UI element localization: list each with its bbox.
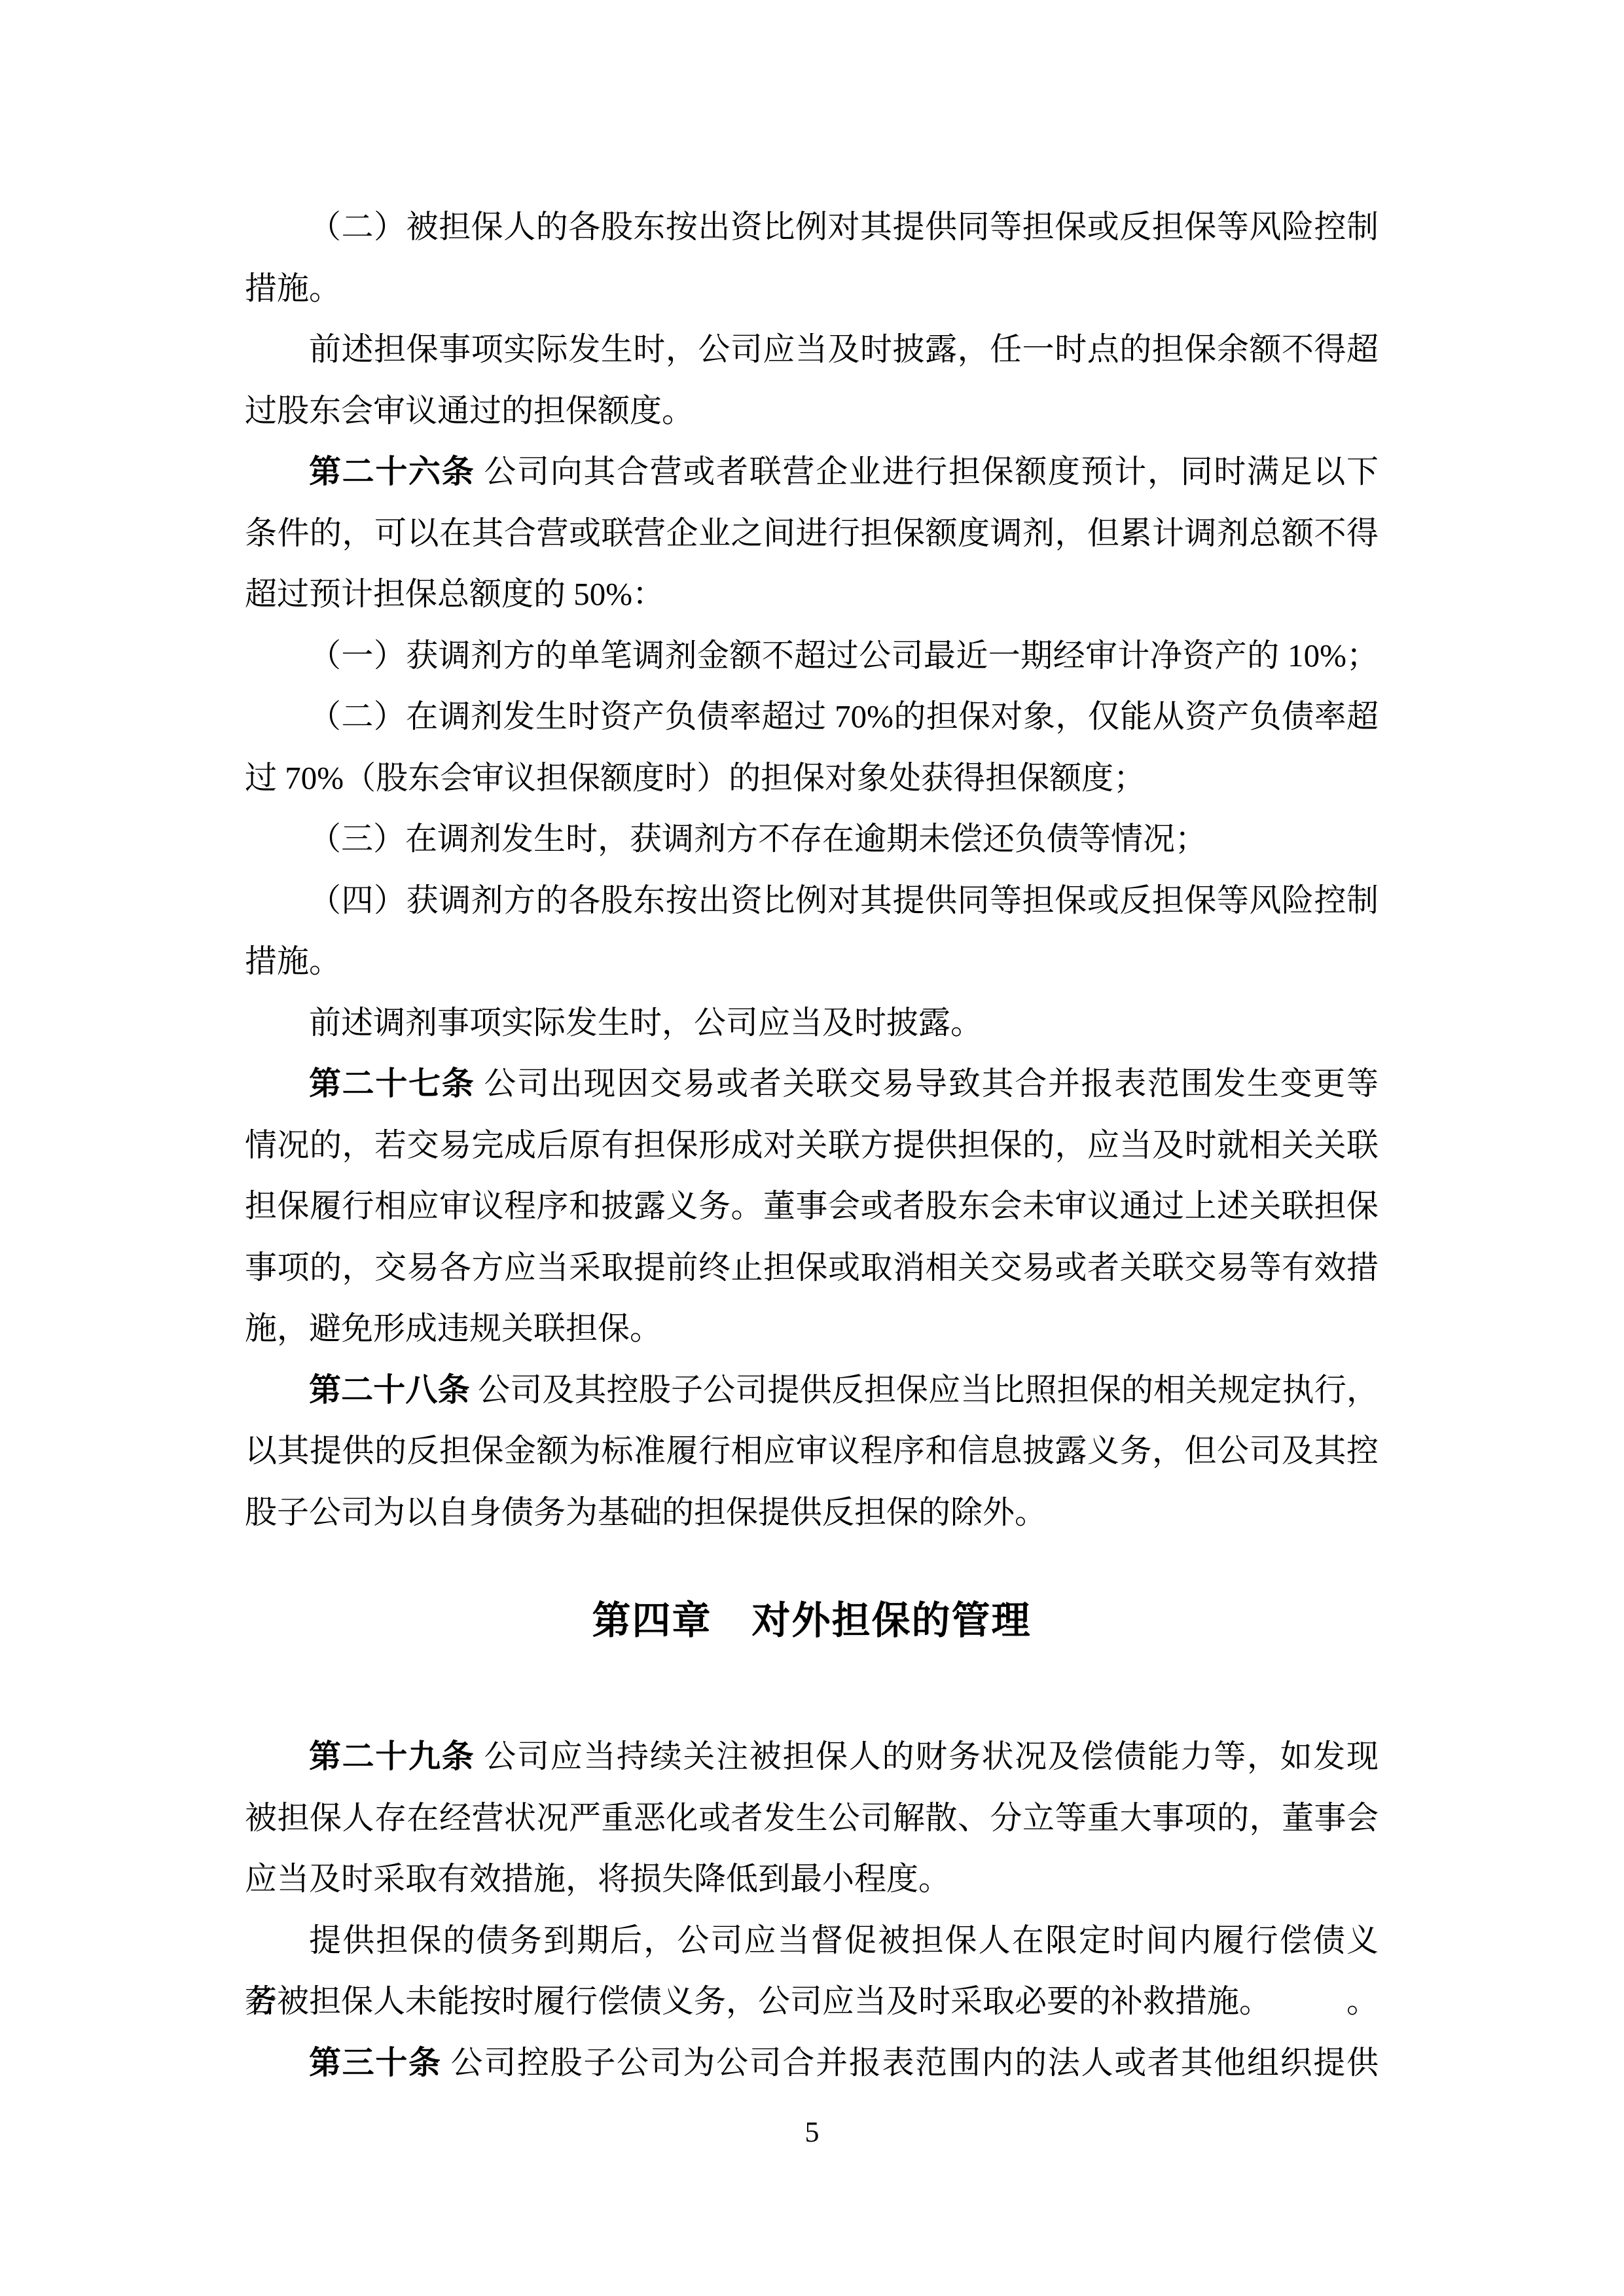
document-line: 以其提供的反担保金额为标准履行相应审议程序和信息披露义务，但公司及其控 [245,1420,1379,1482]
document-line: 担保履行相应审议程序和披露义务。董事会或者股东会未审议通过上述关联担保 [245,1175,1379,1237]
document-body: （二）被担保人的各股东按出资比例对其提供同等担保或反担保等风险控制措施。前述担保… [245,196,1379,2093]
line-text: 公司应当持续关注被担保人的财务状况及偿债能力等，如发现 [475,1738,1379,1774]
document-line: 第二十七条 公司出现因交易或者关联交易导致其合并报表范围发生变更等 [245,1053,1379,1115]
document-line: 情况的，若交易完成后原有担保形成对关联方提供担保的，应当及时就相关关联 [245,1115,1379,1176]
document-line: （二）被担保人的各股东按出资比例对其提供同等担保或反担保等风险控制 [245,196,1379,258]
document-line: （一）获调剂方的单笔调剂金额不超过公司最近一期经审计净资产的 10%； [245,625,1379,687]
document-page: （二）被担保人的各股东按出资比例对其提供同等担保或反担保等风险控制措施。前述担保… [0,0,1624,2296]
line-text: 前述担保事项实际发生时，公司应当及时披露，任一时点的担保余额不得超 [309,331,1379,367]
line-text: 条件的，可以在其合营或联营企业之间进行担保额度调剂，但累计调剂总额不得 [245,515,1379,551]
line-text: 过股东会审议通过的担保额度。 [245,393,694,429]
document-line: （二）在调剂发生时资产负债率超过 70%的担保对象，仅能从资产负债率超 [245,686,1379,747]
article-number: 第二十九条 [309,1738,475,1774]
line-text: 超过预计担保总额度的 50%： [245,576,664,612]
line-text: 担保履行相应审议程序和披露义务。董事会或者股东会未审议通过上述关联担保 [245,1188,1379,1224]
document-line: 过股东会审议通过的担保额度。 [245,380,1379,442]
line-text: 措施。 [245,270,341,306]
line-text: 事项的，交易各方应当采取提前终止担保或取消相关交易或者关联交易等有效措 [245,1249,1379,1285]
document-line: （三）在调剂发生时，获调剂方不存在逾期未偿还负债等情况； [245,808,1379,870]
document-line: 前述担保事项实际发生时，公司应当及时披露，任一时点的担保余额不得超 [245,319,1379,380]
document-line: 股子公司为以自身债务为基础的担保提供反担保的除外。 [245,1482,1379,1543]
document-line: 过 70%（股东会审议担保额度时）的担保对象处获得担保额度； [245,747,1379,809]
line-text: 被担保人存在经营状况严重恶化或者发生公司解散、分立等重大事项的，董事会 [245,1800,1379,1836]
line-text: （一）获调剂方的单笔调剂金额不超过公司最近一期经审计净资产的 10%； [309,637,1379,673]
line-text: 情况的，若交易完成后原有担保形成对关联方提供担保的，应当及时就相关关联 [245,1127,1379,1163]
document-line: 应当及时采取有效措施，将损失降低到最小程度。 [245,1848,1379,1910]
document-line: 条件的，可以在其合营或联营企业之间进行担保额度调剂，但累计调剂总额不得 [245,503,1379,564]
document-line: 第二十八条 公司及其控股子公司提供反担保应当比照担保的相关规定执行， [245,1359,1379,1421]
line-text: 公司向其合营或者联营企业进行担保额度预计，同时满足以下 [475,454,1379,490]
document-line: 第三十条 公司控股子公司为公司合并报表范围内的法人或者其他组织提供 [245,2032,1379,2094]
section-after-heading: 第二十九条 公司应当持续关注被担保人的财务状况及偿债能力等，如发现被担保人存在经… [245,1726,1379,2093]
section-before-heading: （二）被担保人的各股东按出资比例对其提供同等担保或反担保等风险控制措施。前述担保… [245,196,1379,1543]
line-text: 应当及时采取有效措施，将损失降低到最小程度。 [245,1861,950,1897]
line-text: （二）在调剂发生时资产负债率超过 70%的担保对象，仅能从资产负债率超 [309,698,1379,734]
line-text: 以其提供的反担保金额为标准履行相应审议程序和信息披露义务，但公司及其控 [245,1433,1379,1469]
article-number: 第二十七条 [309,1066,475,1102]
document-line: 措施。 [245,931,1379,992]
document-line: 若被担保人未能按时履行偿债义务，公司应当及时采取必要的补救措施。 [245,1971,1379,2032]
document-line: 措施。 [245,258,1379,319]
line-text: （三）在调剂发生时，获调剂方不存在逾期未偿还负债等情况； [309,821,1207,857]
line-text: 若被担保人未能按时履行偿债义务，公司应当及时采取必要的补救措施。 [245,1983,1271,2019]
line-text: 过 70%（股东会审议担保额度时）的担保对象处获得担保额度； [245,760,1146,796]
article-number: 第二十六条 [309,454,475,490]
article-number: 第三十条 [309,2045,442,2081]
line-text: 施，避免形成违规关联担保。 [245,1310,662,1346]
document-line: （四）获调剂方的各股东按出资比例对其提供同等担保或反担保等风险控制 [245,870,1379,931]
document-line: 第二十九条 公司应当持续关注被担保人的财务状况及偿债能力等，如发现 [245,1726,1379,1787]
page-number: 5 [0,2115,1624,2149]
line-text: 公司出现因交易或者关联交易导致其合并报表范围发生变更等 [475,1066,1379,1102]
line-text: 公司及其控股子公司提供反担保应当比照担保的相关规定执行， [470,1372,1379,1408]
document-line: 事项的，交易各方应当采取提前终止担保或取消相关交易或者关联交易等有效措 [245,1237,1379,1299]
line-text: 前述调剂事项实际发生时，公司应当及时披露。 [309,1005,983,1041]
document-line: 施，避免形成违规关联担保。 [245,1298,1379,1359]
line-text: 措施。 [245,943,341,979]
article-number: 第二十八条 [309,1372,470,1408]
document-line: 提供担保的债务到期后，公司应当督促被担保人在限定时间内履行偿债义务。 [245,1910,1379,1971]
document-line: 第二十六条 公司向其合营或者联营企业进行担保额度预计，同时满足以下 [245,441,1379,503]
document-line: 超过预计担保总额度的 50%： [245,564,1379,625]
line-text: 公司控股子公司为公司合并报表范围内的法人或者其他组织提供 [442,2045,1379,2081]
chapter-heading: 第四章 对外担保的管理 [245,1581,1379,1660]
document-line: 前述调剂事项实际发生时，公司应当及时披露。 [245,992,1379,1054]
line-text: 股子公司为以自身债务为基础的担保提供反担保的除外。 [245,1494,1047,1530]
line-text: （二）被担保人的各股东按出资比例对其提供同等担保或反担保等风险控制 [309,209,1379,245]
line-text: （四）获调剂方的各股东按出资比例对其提供同等担保或反担保等风险控制 [309,882,1379,918]
document-line: 被担保人存在经营状况严重恶化或者发生公司解散、分立等重大事项的，董事会 [245,1787,1379,1849]
